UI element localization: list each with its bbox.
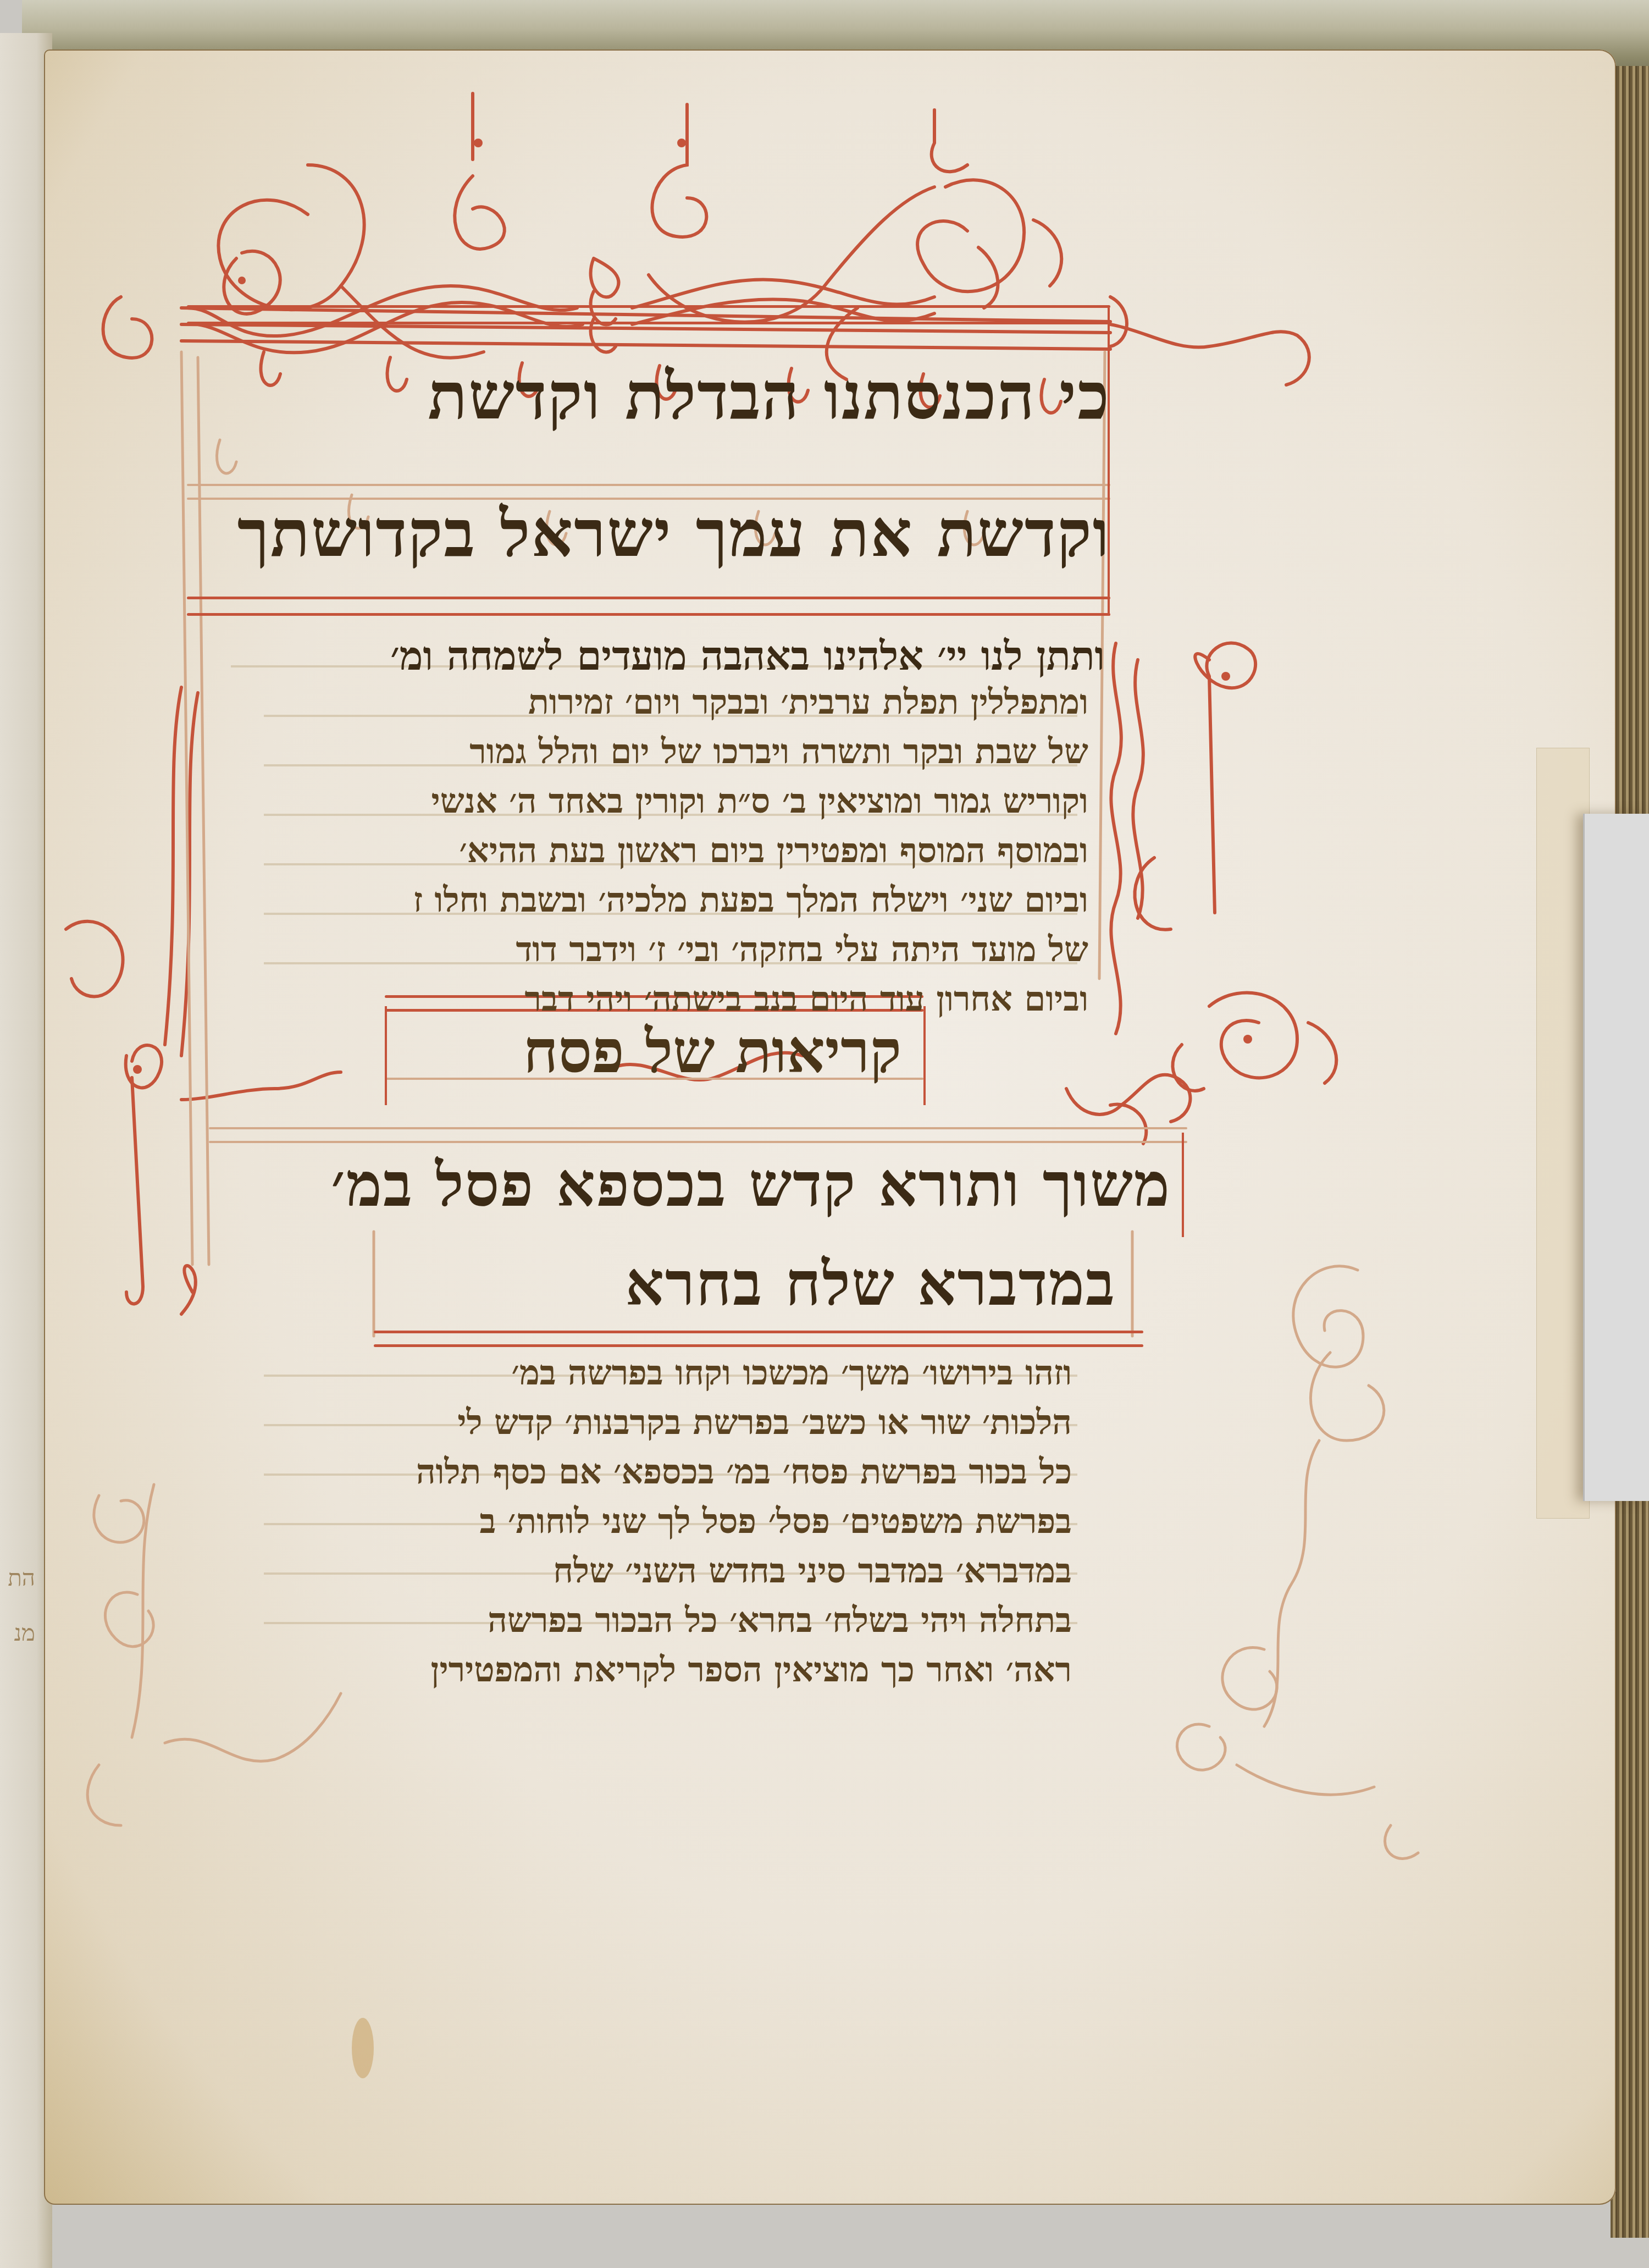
frame-line — [374, 1344, 1143, 1347]
body-line: ותתן לנו יי׳ אלהינו באהבה מועדים לשמחה ו… — [390, 632, 1105, 680]
paper-bookmark-tab — [1583, 814, 1649, 1501]
body-line: וקוריש גמור ומוציאין ב׳ ס״ת וקורין באחד … — [431, 781, 1088, 821]
body-line: ומתפללין תפלת ערבית׳ ובבקר ויום׳ זמירות — [528, 682, 1088, 722]
heading2-line-1: משוך ותורא קדש בכספא פסל במ׳ — [331, 1149, 1171, 1221]
pen-flourish-ornament — [0, 0, 1649, 2268]
body-line: וביום אחרון עוד היום בנב בישתה׳ ויהי דבר — [525, 979, 1088, 1019]
frame-line — [1182, 1133, 1184, 1237]
body-line: הלכות׳ שור או כשב׳ בפרשת בקרבנות׳ קדש לי — [457, 1402, 1072, 1443]
frame-line — [385, 1006, 387, 1105]
frame-line — [187, 322, 1110, 324]
body-line: ראה׳ ואחר כך מוציאין הספר לקריאת והמפטיר… — [431, 1649, 1072, 1690]
body-line: בתחלה ויהי בשלח׳ בחרא׳ כל הבכור בפרשה — [488, 1600, 1072, 1641]
heading-line-2: וקדשת את עמך ישראל בקדושתך — [237, 495, 1110, 572]
heading2-line-2: במדברא שלח בחרא — [625, 1248, 1116, 1320]
frame-line — [374, 1331, 1143, 1333]
frame-line — [187, 305, 1110, 308]
body-line: וביום שני׳ וישלח המלך בפעת מלכיה׳ ובשבת … — [413, 880, 1088, 920]
body-line: כל בכור בפרשת פסח׳ במ׳ בכספא׳ אם כסף תלו… — [416, 1452, 1072, 1492]
body-line: של שבת ובקר ותשרה ויברכו של יום והלל גמו… — [469, 731, 1088, 772]
frame-line — [923, 1006, 926, 1105]
body-line: בפרשת משפטים׳ פסל׳ פסל לך שני לוחות׳ ב — [480, 1501, 1072, 1542]
frame-line — [187, 484, 1110, 486]
frame-line — [209, 1141, 1187, 1143]
adhesive-tape-strip — [1536, 748, 1590, 1519]
heading-line-1: כי הכנסתנו הבדלת וקדשת — [428, 357, 1110, 434]
frame-line — [187, 597, 1110, 599]
frame-line — [187, 613, 1110, 616]
body-line: במדברא׳ במדבר סיני בחדש השני׳ שלח — [553, 1550, 1072, 1591]
frame-line — [209, 1127, 1187, 1129]
body-line: ובמוסף המוסף ומפטירין ביום ראשון בעת ההי… — [460, 830, 1089, 871]
section-title: קריאות של פסח — [523, 1017, 901, 1087]
body-line: של מועד היתה עלי בחזקה׳ ובי׳ ז׳ וידבר דו… — [516, 929, 1088, 970]
body-line: וזהו בירושו׳ משך׳ מכשכו וקחו בפרשה במ׳ — [512, 1353, 1072, 1393]
